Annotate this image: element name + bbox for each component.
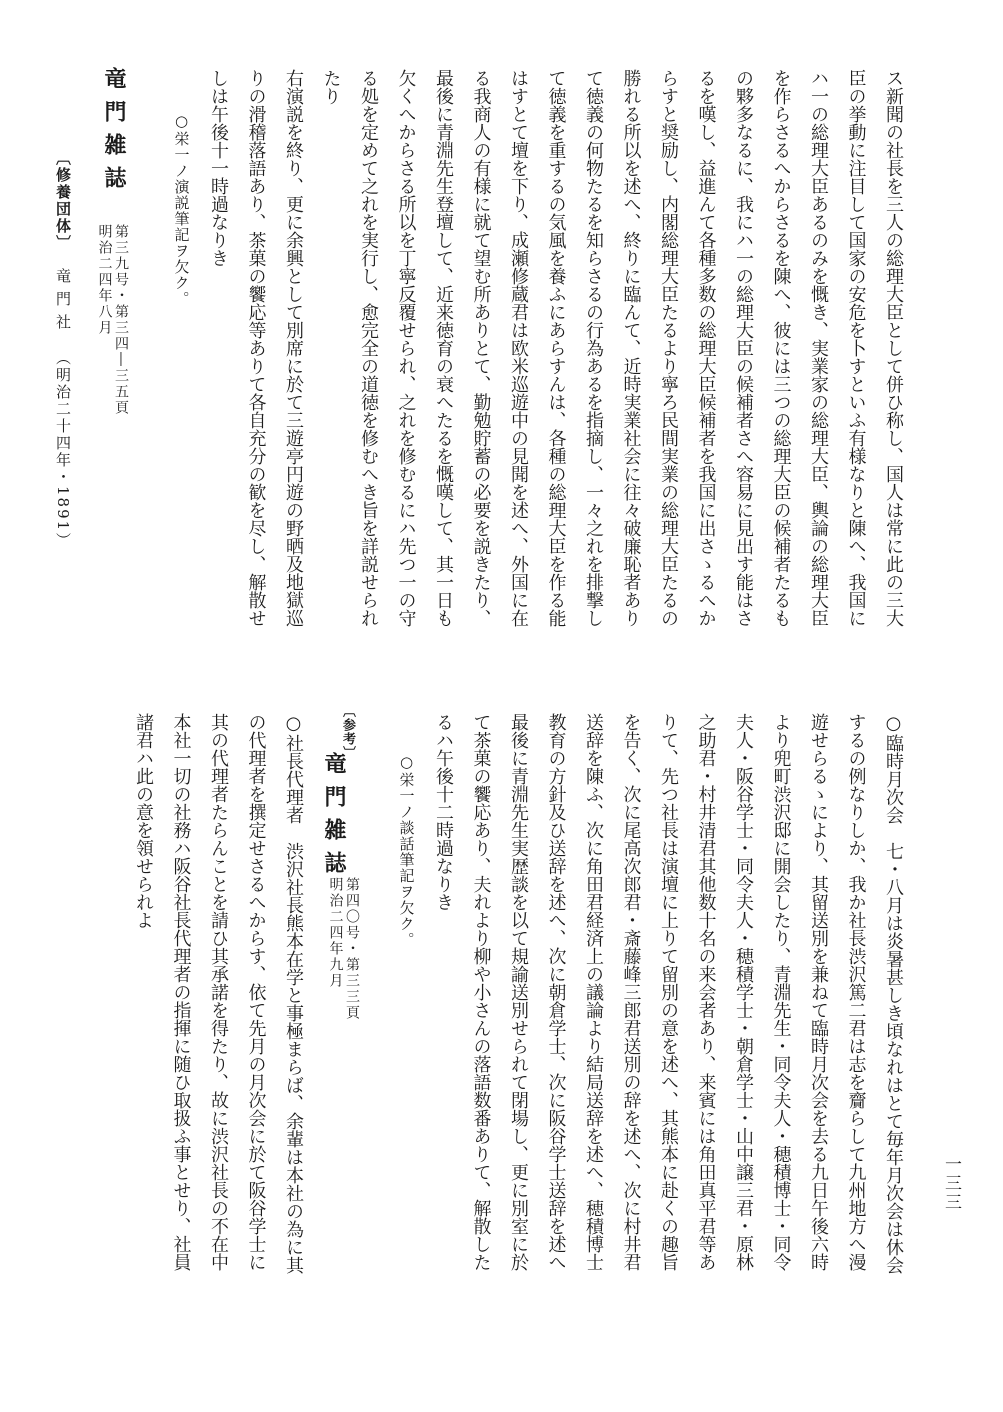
text-column: 臣の挙動に注目して国家の安危を卜すといふ有様なりと陳へ、我国に <box>837 69 875 627</box>
text-column: 之助君・村井清君其他数十名の来会者あり、来賓には角田真平君等あ <box>687 713 725 1274</box>
text-column: 最後に青淵先生登壇して、近来徳育の衰へたるを慨嘆して、其一日も <box>425 69 463 627</box>
text-column: たり <box>312 69 350 627</box>
text-column: より兜町渋沢邸に開会したり、青淵先生・同令夫人・穂積博士・同令 <box>762 713 800 1274</box>
text-column: 送辞を陳ふ、次に角田君経済上の議論より結局送辞を述へ、穂積博士 <box>575 713 613 1274</box>
text-column: の夥多なるに、我にハ一の総理大臣の候補者さへ容易に見出す能はさ <box>725 69 763 627</box>
source-issue: 第三九号・第三四―三五頁 <box>113 224 130 416</box>
text-column: を作らさるへからさるを陳へ、彼には三つの総理大臣の候補者たるも <box>762 69 800 627</box>
text-column: 勝れる所以を述へ、終りに臨んて、近時実業社会に往々破廉恥者あり <box>612 69 650 627</box>
text-column: 右演説を終り、更に余興として別席に於て三遊亭円遊の野晒及地獄巡 <box>275 69 313 627</box>
text-column: るを嘆し、益進んて各種多数の総理大臣候補者を我国に出さゝるへか <box>687 69 725 627</box>
text-column: 夫人・阪谷学士・同令夫人・穂積学士・朝倉学士・山中譲三君・原林 <box>725 713 763 1274</box>
reference-title: 竜門雑誌 <box>322 752 346 884</box>
text-column: て茶菓の饗応あり、夫れより柳や小さんの落語数番ありて、解散した <box>462 713 500 1274</box>
omission-note: ○栄一ノ演説筆記ヲ欠ク。 <box>162 69 200 627</box>
text-column: りの滑稽落語あり、茶菓の饗応等ありて各自充分の歓を尽し、解散せ <box>237 69 275 627</box>
source-issue-info: 第三九号・第三四―三五頁 明治二四年八月 <box>96 224 129 416</box>
text-column: ハ一の総理大臣あるのみを慨き、実業家の総理大臣、輿論の総理大臣 <box>800 69 838 627</box>
source-title: 竜門雑誌 <box>102 67 126 199</box>
category-label: 〔修養団体〕 <box>54 150 72 252</box>
text-column: 最後に青淵先生実歴談を以て規諭送別せられて閉場し、更に別室に於 <box>500 713 538 1274</box>
reference-issue: 第四〇号・第三三頁 <box>344 877 361 1021</box>
text-column: りて、先つ社長は演壇に上りて留別の意を述へ、其熊本に赴くの趣旨 <box>650 713 688 1274</box>
reference-date: 明治二四年九月 <box>327 877 344 1021</box>
text-column: の代理者を撰定せさるへからす、依て先月の月次会に於て阪谷学士に <box>237 713 275 1274</box>
text-column: 本社一切の社務ハ阪谷社長代理者の指揮に随ひ取扱ふ事とせり、社員 <box>162 713 200 1274</box>
text-column: るハ午後十二時過なりき <box>425 713 463 1274</box>
text-column: はすとて壇を下り、成瀬修蔵君は欧米巡遊中の見聞を述へ、外国に在 <box>500 69 538 627</box>
text-column: 教育の方針及ひ送辞を述へ、次に朝倉学士、次に阪谷学士送辞を述へ <box>537 713 575 1274</box>
source-date: 明治二四年八月 <box>96 224 113 416</box>
text-column: て徳義を重するの気風を養ふにあらすんは、各種の総理大臣を作る能 <box>537 69 575 627</box>
text-column: 其の代理者たらんことを請ひ其承諾を得たり、故に渋沢社長の不在中 <box>200 713 238 1274</box>
page-number: 一三三 <box>941 1155 961 1212</box>
text-column: ○社長代理者 渋沢社長熊本在学と事極まらば、余輩は本社の為に其 <box>275 713 313 1274</box>
era-label: （明治二十四年・1891） <box>54 350 72 549</box>
text-column: するの例なりしか、我か社長渋沢篤二君は志を齎らして九州地方へ漫 <box>837 713 875 1274</box>
text-column: 欠くへからさる所以を丁寧反覆せられ、之れを修むるにハ先つ一の守 <box>387 69 425 627</box>
notice-body: ○社長代理者 渋沢社長熊本在学と事極まらば、余輩は本社の為に其 の代理者を撰定せ… <box>125 713 313 1274</box>
text-column: る処を定めて之れを実行し、愈完全の道徳を修むへき旨を詳説せられ <box>350 69 388 627</box>
bottom-section-body: ○臨時月次会 七・八月は炎暑甚しき頃なれはとて毎年月次会は休会 するの例なりしか… <box>387 713 912 1274</box>
omission-note: ○栄一ノ談話筆記ヲ欠ク。 <box>387 713 425 1274</box>
top-section-body: ス新聞の社長を三人の総理大臣として併ひ称し、国人は常に此の三大 臣の挙動に注目し… <box>162 69 912 627</box>
reference-issue-info: 第四〇号・第三三頁 明治二四年九月 <box>327 877 360 1021</box>
text-column: 諸君ハ此の意を領せられよ <box>125 713 163 1274</box>
text-column: ○臨時月次会 七・八月は炎暑甚しき頃なれはとて毎年月次会は休会 <box>875 713 913 1274</box>
text-column: て徳義の何物たるを知らさるの行為あるを指摘し、一々之れを排撃し <box>575 69 613 627</box>
text-column: らすと奨励し、内閣総理大臣たるより寧ろ民間実業の総理大臣たるの <box>650 69 688 627</box>
organization-name: 竜門社 <box>54 268 72 337</box>
text-column: を告く、次に尾高次郎君・斎藤峰三郎君送別の辞を述へ、次に村井君 <box>612 713 650 1274</box>
text-column: 遊せらるゝにより、其留送別を兼ねて臨時月次会を去る九日午後六時 <box>800 713 838 1274</box>
text-column: ス新聞の社長を三人の総理大臣として併ひ称し、国人は常に此の三大 <box>875 69 913 627</box>
document-page: ス新聞の社長を三人の総理大臣として併ひ称し、国人は常に此の三大 臣の挙動に注目し… <box>0 0 1003 1412</box>
text-column: しは午後十一時過なりき <box>200 69 238 627</box>
text-column: る我商人の有様に就て望む所ありとて、勤勉貯蓄の必要を説きたり、 <box>462 69 500 627</box>
